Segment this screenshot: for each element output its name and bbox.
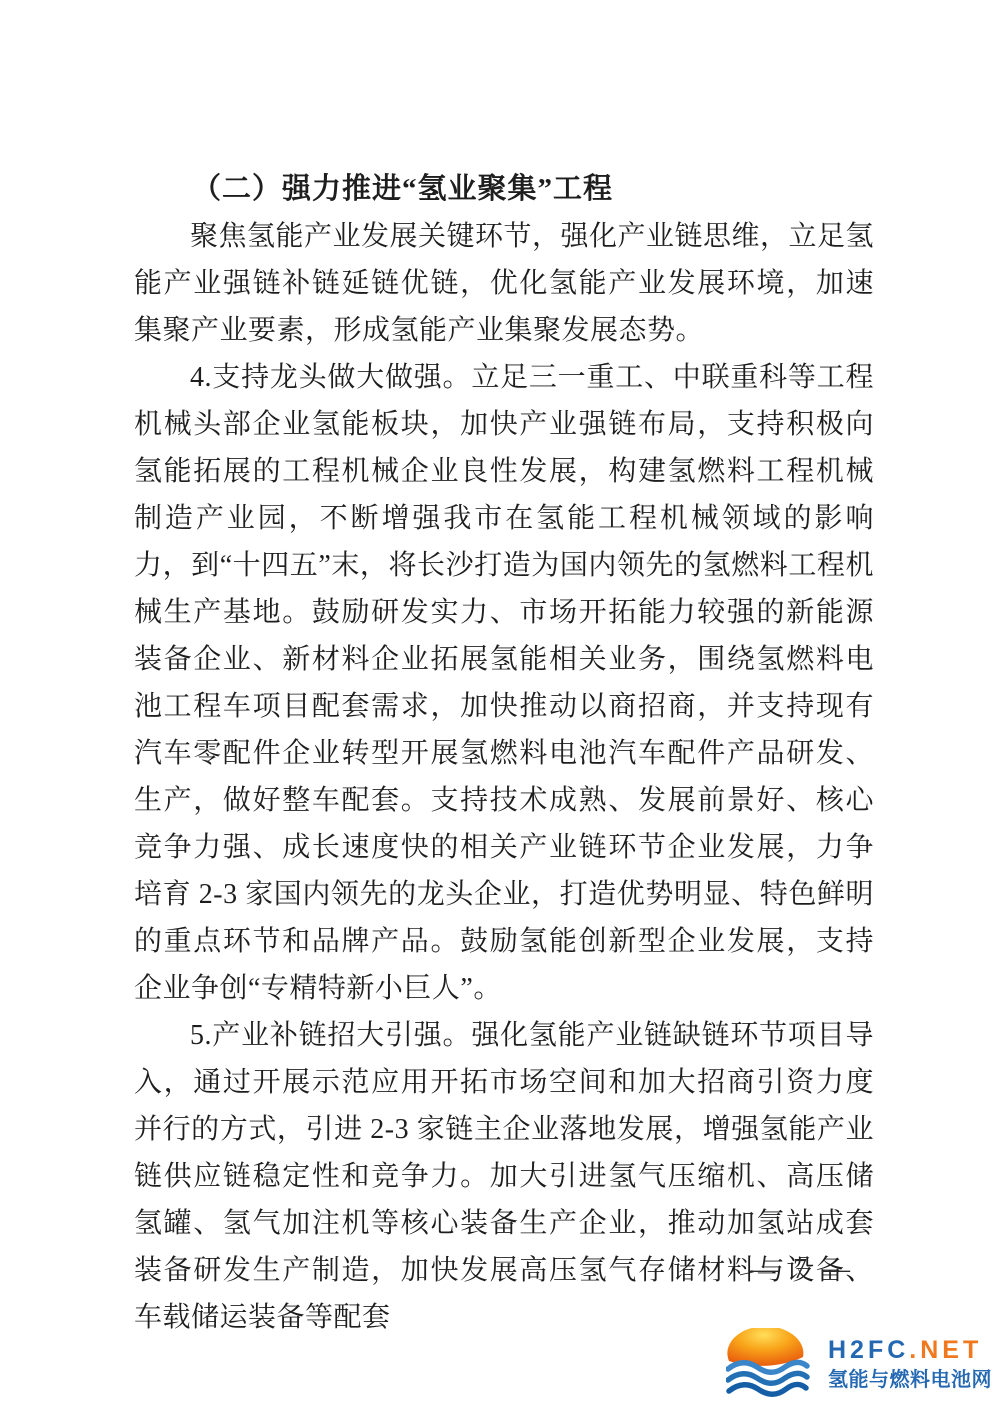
page-number: — 7 —	[750, 1254, 854, 1286]
sun-waves-icon	[726, 1328, 814, 1400]
paragraph-item-5: 5.产业补链招大引强。强化氢能产业链缺链环节项目导入，通过开展示范应用开拓市场空…	[134, 1012, 874, 1341]
watermark-site-tld: .NET	[909, 1336, 982, 1364]
watermark-text: H2FC.NET 氢能与燃料电池网	[828, 1338, 992, 1390]
h2fc-watermark: H2FC.NET 氢能与燃料电池网	[726, 1328, 992, 1400]
document-page: （二）强力推进“氢业聚集”工程 聚焦氢能产业发展关键环节，强化产业链思维，立足氢…	[0, 0, 1000, 1413]
watermark-subtitle: 氢能与燃料电池网	[828, 1370, 992, 1390]
paragraph-item-4: 4.支持龙头做大做强。立足三一重工、中联重科等工程机械头部企业氢能板块，加快产业…	[134, 354, 874, 1012]
watermark-title: H2FC.NET	[828, 1338, 992, 1363]
watermark-site-name: H2FC	[828, 1336, 909, 1364]
section-heading: （二）强力推进“氢业聚集”工程	[134, 166, 874, 213]
paragraph-intro: 聚焦氢能产业发展关键环节，强化产业链思维，立足氢能产业强链补链延链优链，优化氢能…	[134, 213, 874, 354]
document-body: （二）强力推进“氢业聚集”工程 聚焦氢能产业发展关键环节，强化产业链思维，立足氢…	[134, 166, 874, 1341]
